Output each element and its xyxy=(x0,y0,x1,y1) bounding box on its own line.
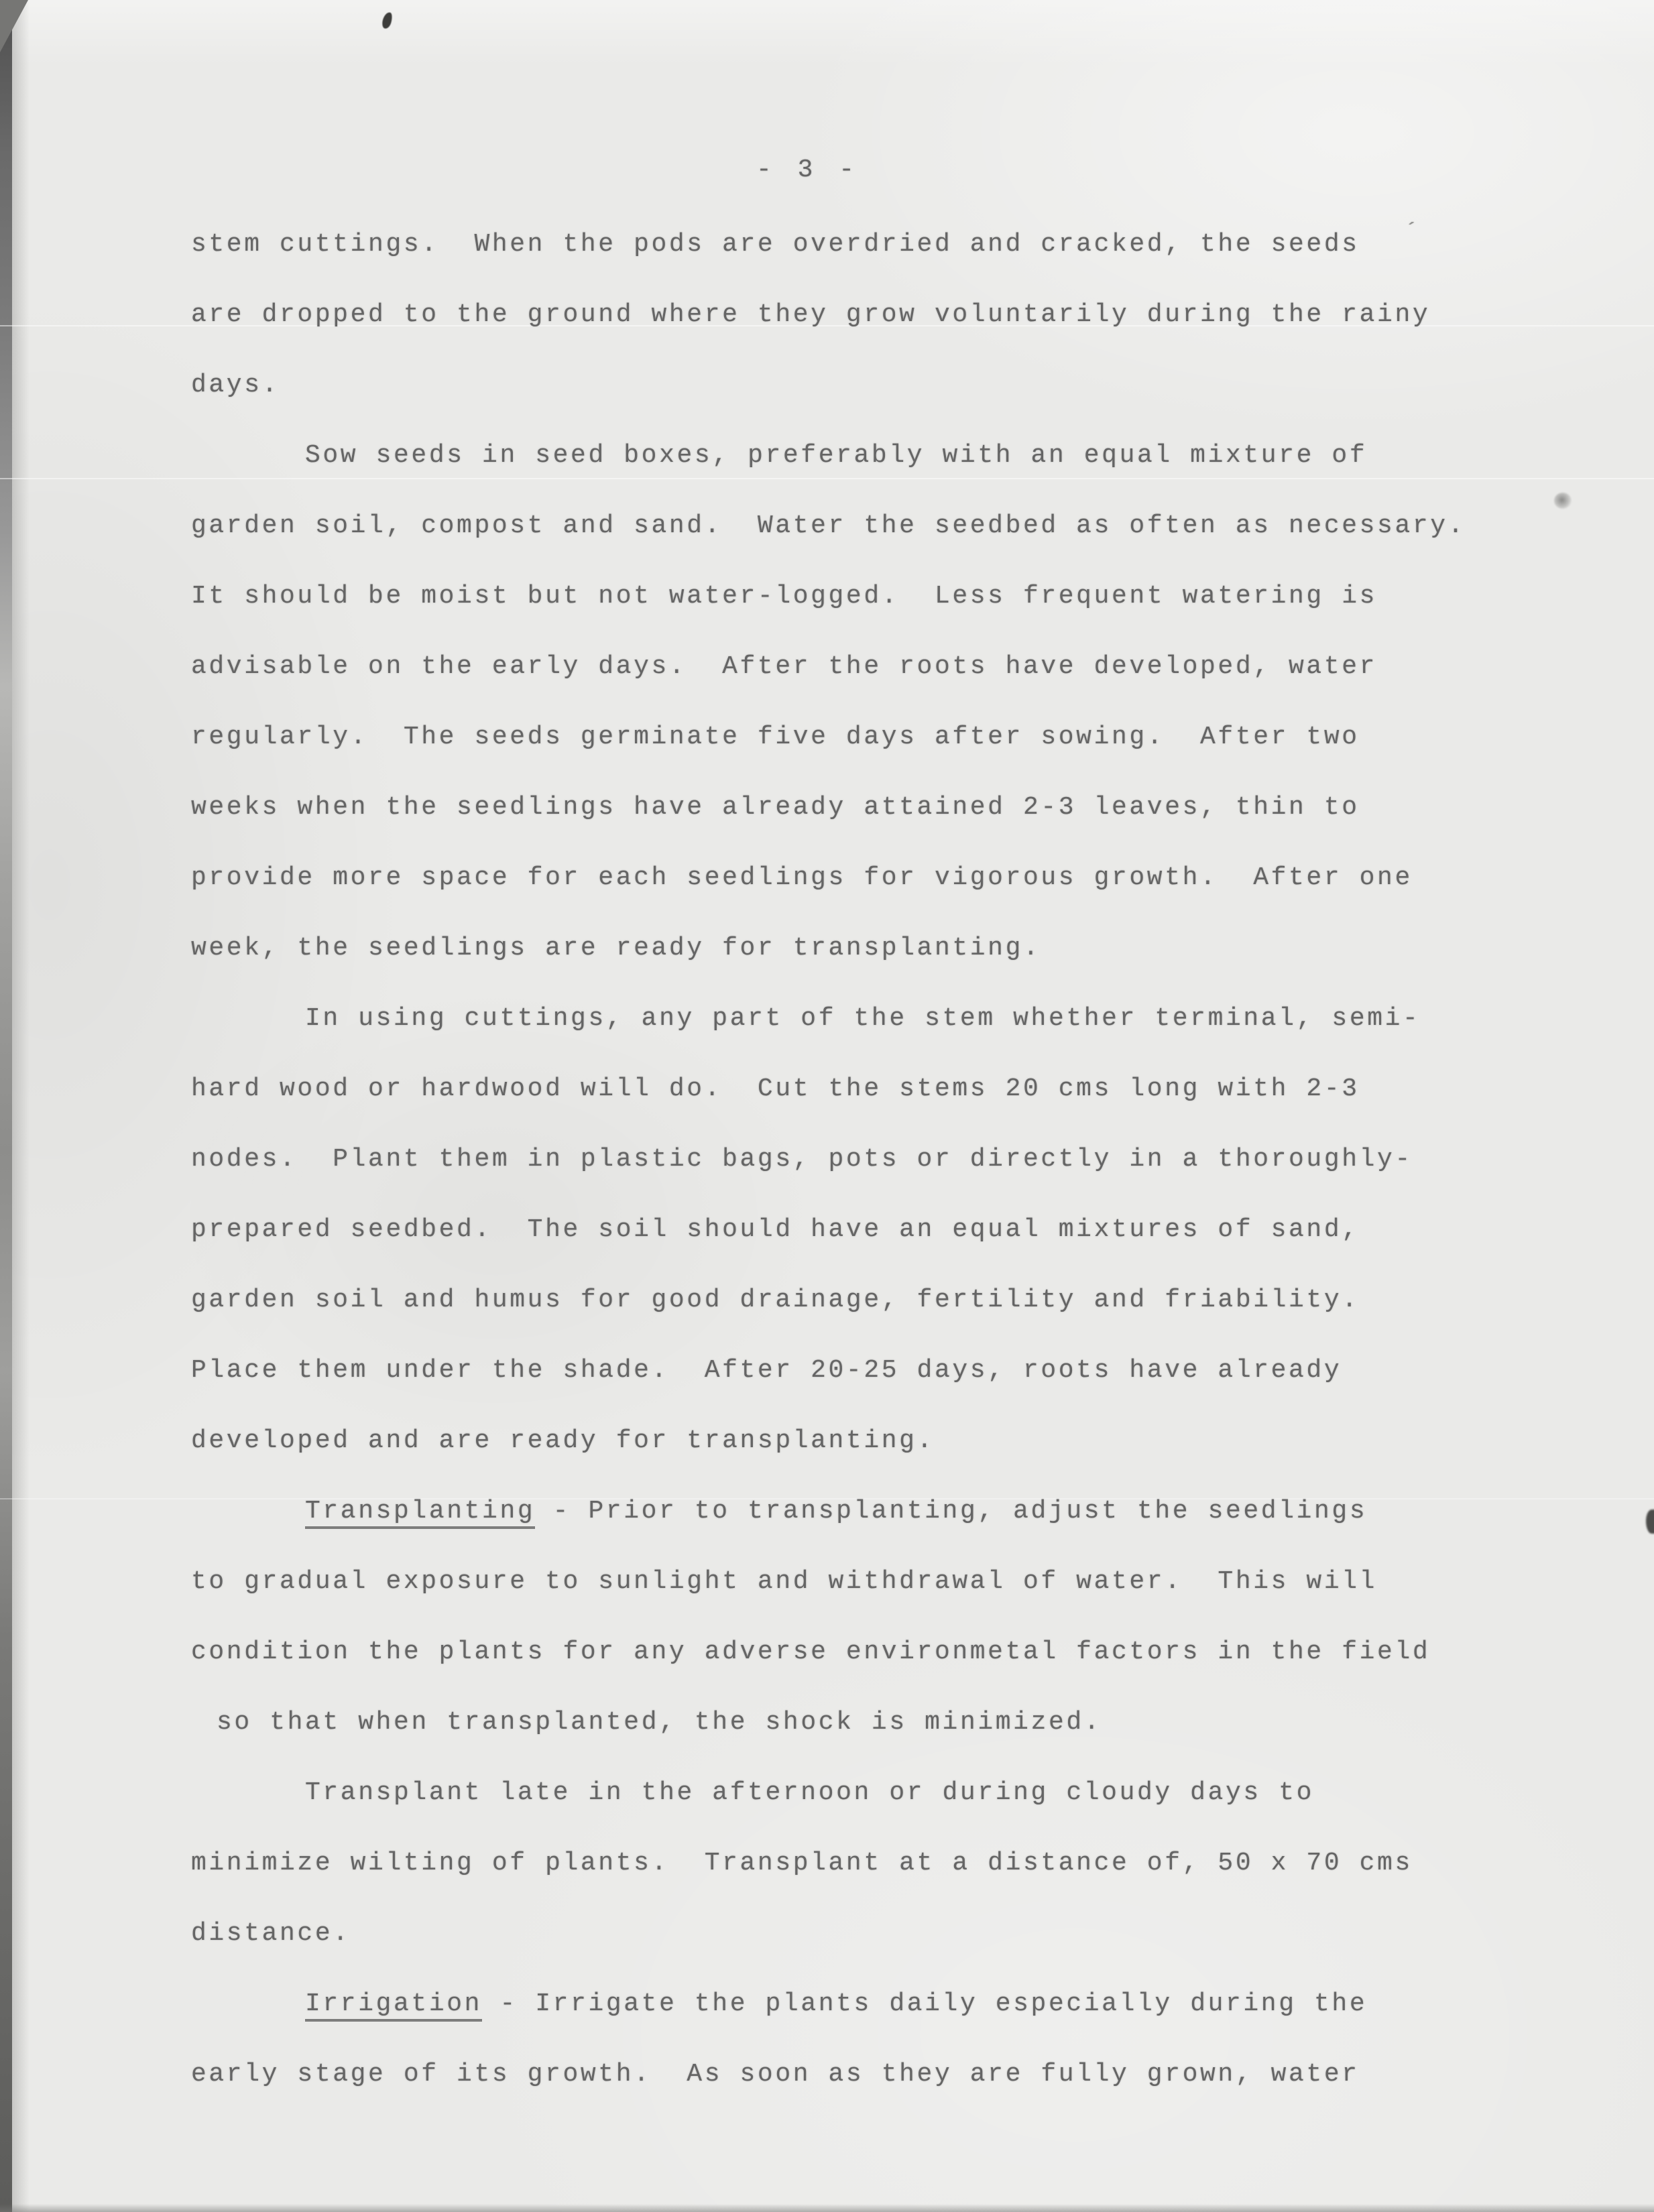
typed-line: distance. xyxy=(191,1898,1552,1969)
typed-line: provide more space for each seedlings fo… xyxy=(191,843,1552,913)
typed-line-heading-irrigation: Irrigation - Irrigate the plants daily e… xyxy=(191,1969,1552,2039)
typed-text-block: stem cuttings. When the pods are overdri… xyxy=(191,209,1552,2109)
typed-line: It should be moist but not water-logged.… xyxy=(191,561,1552,631)
typed-line: to gradual exposure to sunlight and with… xyxy=(191,1546,1552,1617)
scanned-document-page: - 3 - ´ stem cuttings. When the pods are… xyxy=(0,0,1654,2212)
typed-line: In using cuttings, any part of the stem … xyxy=(191,983,1552,1054)
typed-line: garden soil, compost and sand. Water the… xyxy=(191,491,1552,561)
typed-line: week, the seedlings are ready for transp… xyxy=(191,913,1552,983)
typed-line: early stage of its growth. As soon as th… xyxy=(191,2039,1552,2109)
typed-line: condition the plants for any adverse env… xyxy=(191,1617,1552,1687)
typed-line: are dropped to the ground where they gro… xyxy=(191,280,1552,350)
typed-line: garden soil and humus for good drainage,… xyxy=(191,1265,1552,1335)
edge-ink-mark xyxy=(1646,1510,1654,1534)
typed-line: regularly. The seeds germinate five days… xyxy=(191,702,1552,772)
typed-line: Sow seeds in seed boxes, preferably with… xyxy=(191,420,1552,491)
typed-line: days. xyxy=(191,350,1552,420)
typed-line: weeks when the seedlings have already at… xyxy=(191,772,1552,843)
page-number: - 3 - xyxy=(756,156,860,184)
typed-line: nodes. Plant them in plastic bags, pots … xyxy=(191,1124,1552,1194)
scan-edge-left xyxy=(0,0,12,2212)
typed-line: minimize wilting of plants. Transplant a… xyxy=(191,1828,1552,1898)
typed-line: stem cuttings. When the pods are overdri… xyxy=(191,209,1552,280)
typed-line: developed and are ready for transplantin… xyxy=(191,1406,1552,1476)
typed-line: Transplant late in the afternoon or duri… xyxy=(191,1758,1552,1828)
smudge-mark xyxy=(1554,493,1572,509)
typed-line: hard wood or hardwood will do. Cut the s… xyxy=(191,1054,1552,1124)
typed-line-heading-transplanting: Transplanting - Prior to transplanting, … xyxy=(191,1476,1552,1546)
ink-blot xyxy=(381,11,394,29)
typed-line: so that when transplanted, the shock is … xyxy=(191,1687,1552,1758)
scan-edge-left-shadow xyxy=(12,0,29,2212)
typed-line: Place them under the shade. After 20-25 … xyxy=(191,1335,1552,1406)
typed-line: advisable on the early days. After the r… xyxy=(191,631,1552,702)
typed-line: prepared seedbed. The soil should have a… xyxy=(191,1194,1552,1265)
scan-edge-bottom xyxy=(0,2204,1654,2212)
